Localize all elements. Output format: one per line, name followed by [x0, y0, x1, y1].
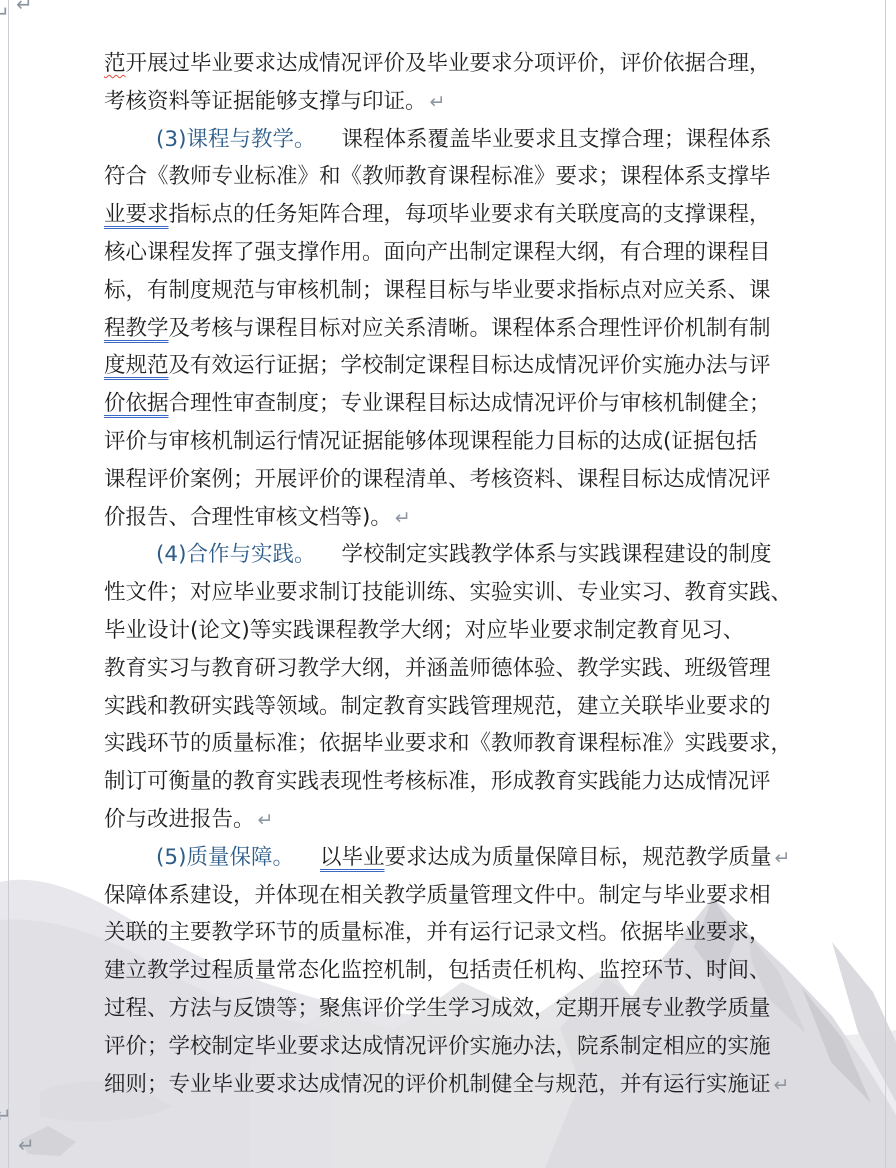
- text-line[interactable]: 业要求指标点的任务矩阵合理，每项毕业要求有关联度高的支撑课程，: [104, 196, 792, 234]
- body-text: 标，有制度规范与审核机制；课程目标与毕业要求指标点对应关系、课: [104, 278, 771, 303]
- text-line[interactable]: 价依据合理性审查制度；专业课程目标达成情况评价与审核机制健全；: [104, 385, 792, 423]
- body-text: 关联的主要教学环节的质量标准，并有运行记录文档。依据毕业要求，: [104, 920, 771, 945]
- text-line[interactable]: 关联的主要教学环节的质量标准，并有运行记录文档。依据毕业要求，: [104, 914, 792, 952]
- body-text: 价报告、合理性审核文档等)。: [104, 505, 392, 530]
- body-text: 学校制定实践教学体系与实践课程建设的制度: [341, 542, 771, 567]
- body-text: 课程评价案例；开展评价的课程清单、考核资料、课程目标达成情况评: [104, 467, 771, 492]
- body-text: 及有效运行证据；学校制定课程目标达成情况评价实施办法与评: [169, 353, 771, 378]
- body-text: 教育实习与教育研习教学大纲，并涵盖师德体验、教学实践、班级管理: [104, 656, 771, 681]
- body-text: 评价；学校制定毕业要求达成情况评价实施办法，院系制定相应的实施: [104, 1034, 771, 1059]
- body-text: 符合《教师专业标准》和《教师教育课程标准》要求；课程体系支撑毕: [104, 164, 771, 189]
- text-line[interactable]: (3)课程与教学。课程体系覆盖毕业要求且支撑合理；课程体系: [104, 121, 792, 159]
- paragraph-mark-icon: ↵: [775, 847, 791, 869]
- body-text: 合理性审查制度；专业课程目标达成情况评价与审核机制健全；: [169, 391, 771, 416]
- paragraph-mark-icon: ↵: [16, 0, 33, 14]
- text-line[interactable]: 考核资料等证据能够支撑与印证。↵: [104, 83, 792, 121]
- text-line[interactable]: 标，有制度规范与审核机制；课程目标与毕业要求指标点对应关系、课: [104, 272, 792, 310]
- text-line[interactable]: 度规范及有效运行证据；学校制定课程目标达成情况评价实施办法与评: [104, 347, 792, 385]
- text-line[interactable]: 实践和教研实践等领域。制定教育实践管理规范，建立关联毕业要求的: [104, 688, 792, 726]
- grammar-underlined-text: 程教学: [104, 316, 169, 341]
- body-text: 毕业设计(论文)等实践课程教学大纲；对应毕业要求制定教育见习、: [104, 618, 744, 643]
- page-left-edge: [8, 0, 9, 1168]
- body-text: 及考核与课程目标对应关系清晰。课程体系合理性评价机制有制: [169, 316, 771, 341]
- paragraph-mark-icon: ↵: [395, 507, 411, 529]
- body-text: 考核资料等证据能够支撑与印证。: [104, 89, 427, 114]
- section-heading: (3)课程与教学。: [156, 127, 315, 152]
- body-text: 保障体系建设，并体现在相关教学质量管理文件中。制定与毕业要求相: [104, 883, 771, 908]
- text-line[interactable]: 评价；学校制定毕业要求达成情况评价实施办法，院系制定相应的实施: [104, 1028, 792, 1066]
- text-line[interactable]: 核心课程发挥了强支撑作用。面向产出制定课程大纲，有合理的课程目: [104, 234, 792, 272]
- text-line[interactable]: 评价与审核机制运行情况证据能够体现课程能力目标的达成(证据包括: [104, 423, 792, 461]
- body-text: 性文件；对应毕业要求制订技能训练、实验实训、专业实习、教育实践、: [104, 580, 792, 605]
- text-line[interactable]: (4)合作与实践。学校制定实践教学体系与实践课程建设的制度: [104, 536, 792, 574]
- text-line[interactable]: (5)质量保障。以毕业要求达成为质量保障目标，规范教学质量↵: [104, 839, 792, 877]
- body-text: 建立教学过程质量常态化监控机制，包括责任机构、监控环节、时间、: [104, 958, 771, 983]
- text-line[interactable]: 性文件；对应毕业要求制订技能训练、实验实训、专业实习、教育实践、: [104, 574, 792, 612]
- grammar-underlined-text: 度规范: [104, 353, 169, 378]
- text-line[interactable]: 保障体系建设，并体现在相关教学质量管理文件中。制定与毕业要求相: [104, 877, 792, 915]
- text-line[interactable]: 制订可衡量的教育实践表现性考核标准，形成教育实践能力达成情况评: [104, 763, 792, 801]
- body-text: 评价与审核机制运行情况证据能够体现课程能力目标的达成(证据包括: [104, 429, 757, 454]
- text-line[interactable]: 教育实习与教育研习教学大纲，并涵盖师德体验、教学实践、班级管理: [104, 650, 792, 688]
- body-text: 要求达成为质量保障目标，规范教学质量: [384, 845, 771, 870]
- grammar-underlined-text: 价依据: [104, 391, 169, 416]
- text-line[interactable]: 过程、方法与反馈等；聚焦评价学生学习成效，定期开展专业教学质量: [104, 990, 792, 1028]
- body-text: 实践环节的质量标准；依据毕业要求和《教师教育课程标准》实践要求，: [104, 731, 792, 756]
- text-line[interactable]: 细则；专业毕业要求达成情况的评价机制健全与规范，并有运行实施证↵: [104, 1066, 792, 1104]
- paragraph-mark-icon: ↵: [18, 1135, 35, 1155]
- section-heading: (4)合作与实践。: [156, 542, 315, 567]
- text-line[interactable]: 价与改进报告。↵: [104, 801, 792, 839]
- spellcheck-underlined-text: 范: [104, 51, 126, 76]
- text-line[interactable]: 课程评价案例；开展评价的课程清单、考核资料、课程目标达成情况评: [104, 461, 792, 499]
- paragraph-mark-icon: ↵: [258, 809, 274, 831]
- body-text: 细则；专业毕业要求达成情况的评价机制健全与规范，并有运行实施证: [104, 1072, 771, 1097]
- section-heading: (5)质量保障。: [156, 845, 294, 870]
- document-text-area[interactable]: 范开展过毕业要求达成情况评价及毕业要求分项评价，评价依据合理， 考核资料等证据能…: [104, 45, 792, 1103]
- body-text: 实践和教研实践等领域。制定教育实践管理规范，建立关联毕业要求的: [104, 694, 771, 719]
- text-line[interactable]: 范开展过毕业要求达成情况评价及毕业要求分项评价，评价依据合理，: [104, 45, 792, 83]
- body-text: 过程、方法与反馈等；聚焦评价学生学习成效，定期开展专业教学质量: [104, 996, 771, 1021]
- paragraph-mark-icon: ↵: [774, 1074, 790, 1096]
- grammar-underlined-text: 以毕业: [320, 845, 385, 870]
- paragraph-mark-icon: ↵: [430, 91, 446, 113]
- body-text: 制订可衡量的教育实践表现性考核标准，形成教育实践能力达成情况评: [104, 769, 771, 794]
- text-line[interactable]: 符合《教师专业标准》和《教师教育课程标准》要求；课程体系支撑毕: [104, 158, 792, 196]
- text-line[interactable]: 建立教学过程质量常态化监控机制，包括责任机构、监控环节、时间、: [104, 952, 792, 990]
- body-text: 价与改进报告。: [104, 807, 255, 832]
- text-line[interactable]: 毕业设计(论文)等实践课程教学大纲；对应毕业要求制定教育见习、: [104, 612, 792, 650]
- body-text: 开展过毕业要求达成情况评价及毕业要求分项评价，评价依据合理，: [126, 51, 771, 76]
- text-line[interactable]: 价报告、合理性审核文档等)。↵: [104, 499, 792, 537]
- paragraph-mark-icon: ↵: [0, 1105, 12, 1125]
- page-right-edge: [885, 0, 886, 1168]
- paragraph-mark-icon: ↵: [0, 3, 10, 23]
- grammar-underlined-text: 业要求: [104, 202, 169, 227]
- body-text: 核心课程发挥了强支撑作用。面向产出制定课程大纲，有合理的课程目: [104, 240, 771, 265]
- body-text: 课程体系覆盖毕业要求且支撑合理；课程体系: [341, 127, 771, 152]
- text-line[interactable]: 程教学及考核与课程目标对应关系清晰。课程体系合理性评价机制有制: [104, 310, 792, 348]
- body-text: 指标点的任务矩阵合理，每项毕业要求有关联度高的支撑课程，: [169, 202, 771, 227]
- text-line[interactable]: 实践环节的质量标准；依据毕业要求和《教师教育课程标准》实践要求，: [104, 725, 792, 763]
